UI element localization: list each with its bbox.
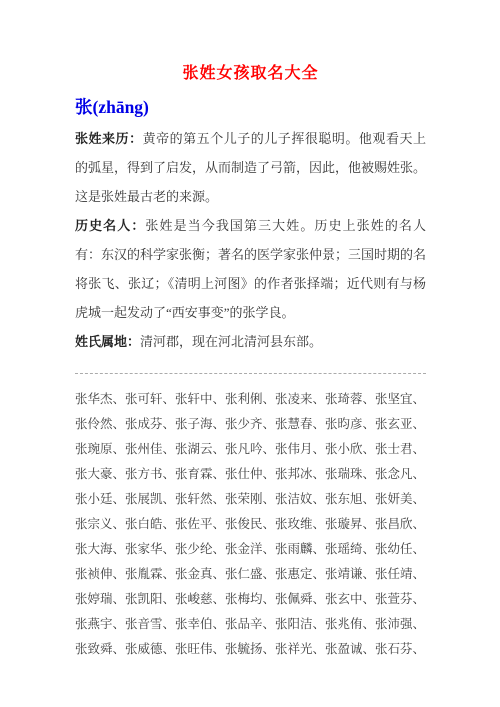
name-list-row: 张宗义、张白皓、张佐平、张俊民、张玫维、张璇昇、张昌欣、 [75,512,426,537]
name-list-row: 张伶然、张成芬、张子海、张少齐、张慧春、张昀彦、张玄亚、 [75,412,426,437]
name-list-row: 张婷瑞、张凯阳、张峻慈、张梅均、张佩舜、张玄中、张萱芬、 [75,587,426,612]
name-list-row: 张燕宇、张音雪、张幸伯、张品辛、张阳洁、张兆侑、张沛强、 [75,612,426,637]
name-list: 张华杰、张可轩、张轩中、张利俐、张凌来、张琦蓉、张坚宜、张伶然、张成芬、张子海、… [75,387,426,662]
paragraph-famous-people: 历史名人：张姓是当今我国第三大姓。历史上张姓的名人有：东汉的科学家张衡；著名的医… [75,211,426,327]
document-page: 张姓女孩取名大全 张(zhāng) 张姓来历：黄帝的第五个儿子的儿子挥很聪明。他… [0,0,500,707]
paragraph-label-origin: 张姓来历： [75,131,143,146]
name-list-row: 张祯伸、张胤霖、张金真、张仁盛、张惠定、张靖谦、张任靖、 [75,562,426,587]
paragraph-text-location: 清河郡，现在河北清河县东部。 [140,334,322,349]
paragraph-clan-location: 姓氏属地：清河郡，现在河北清河县东部。 [75,327,426,356]
name-list-row: 张大海、张家华、张少纶、张金洋、张雨麟、张瑶绮、张幼任、 [75,537,426,562]
paragraph-text-famous: 张姓是当今我国第三大姓。历史上张姓的名人有：东汉的科学家张衡；著名的医学家张仲景… [75,218,426,320]
surname-heading: 张(zhāng) [75,94,426,119]
name-list-row: 张大豪、张方书、张育霖、张仕仲、张邦冰、张瑞珠、张念凡、 [75,462,426,487]
page-title: 张姓女孩取名大全 [75,60,426,83]
name-list-row: 张华杰、张可轩、张轩中、张利俐、张凌来、张琦蓉、张坚宜、 [75,387,426,412]
dashed-divider [75,373,426,374]
name-list-row: 张琬原、张州佳、张湖云、张凡吟、张伟月、张小欣、张士君、 [75,437,426,462]
paragraph-label-famous: 历史名人： [75,218,145,233]
paragraph-label-location: 姓氏属地： [75,334,140,349]
name-list-row: 张小廷、张展凯、张轩然、张荣刚、张洁妏、张东旭、张妍美、 [75,487,426,512]
name-list-row: 张致舜、张威德、张旺伟、张毓扬、张祥光、张盈诚、张石芬、 [75,637,426,662]
paragraph-surname-origin: 张姓来历：黄帝的第五个儿子的儿子挥很聪明。他观看天上的弧星，得到了启发，从而制造… [75,124,426,211]
